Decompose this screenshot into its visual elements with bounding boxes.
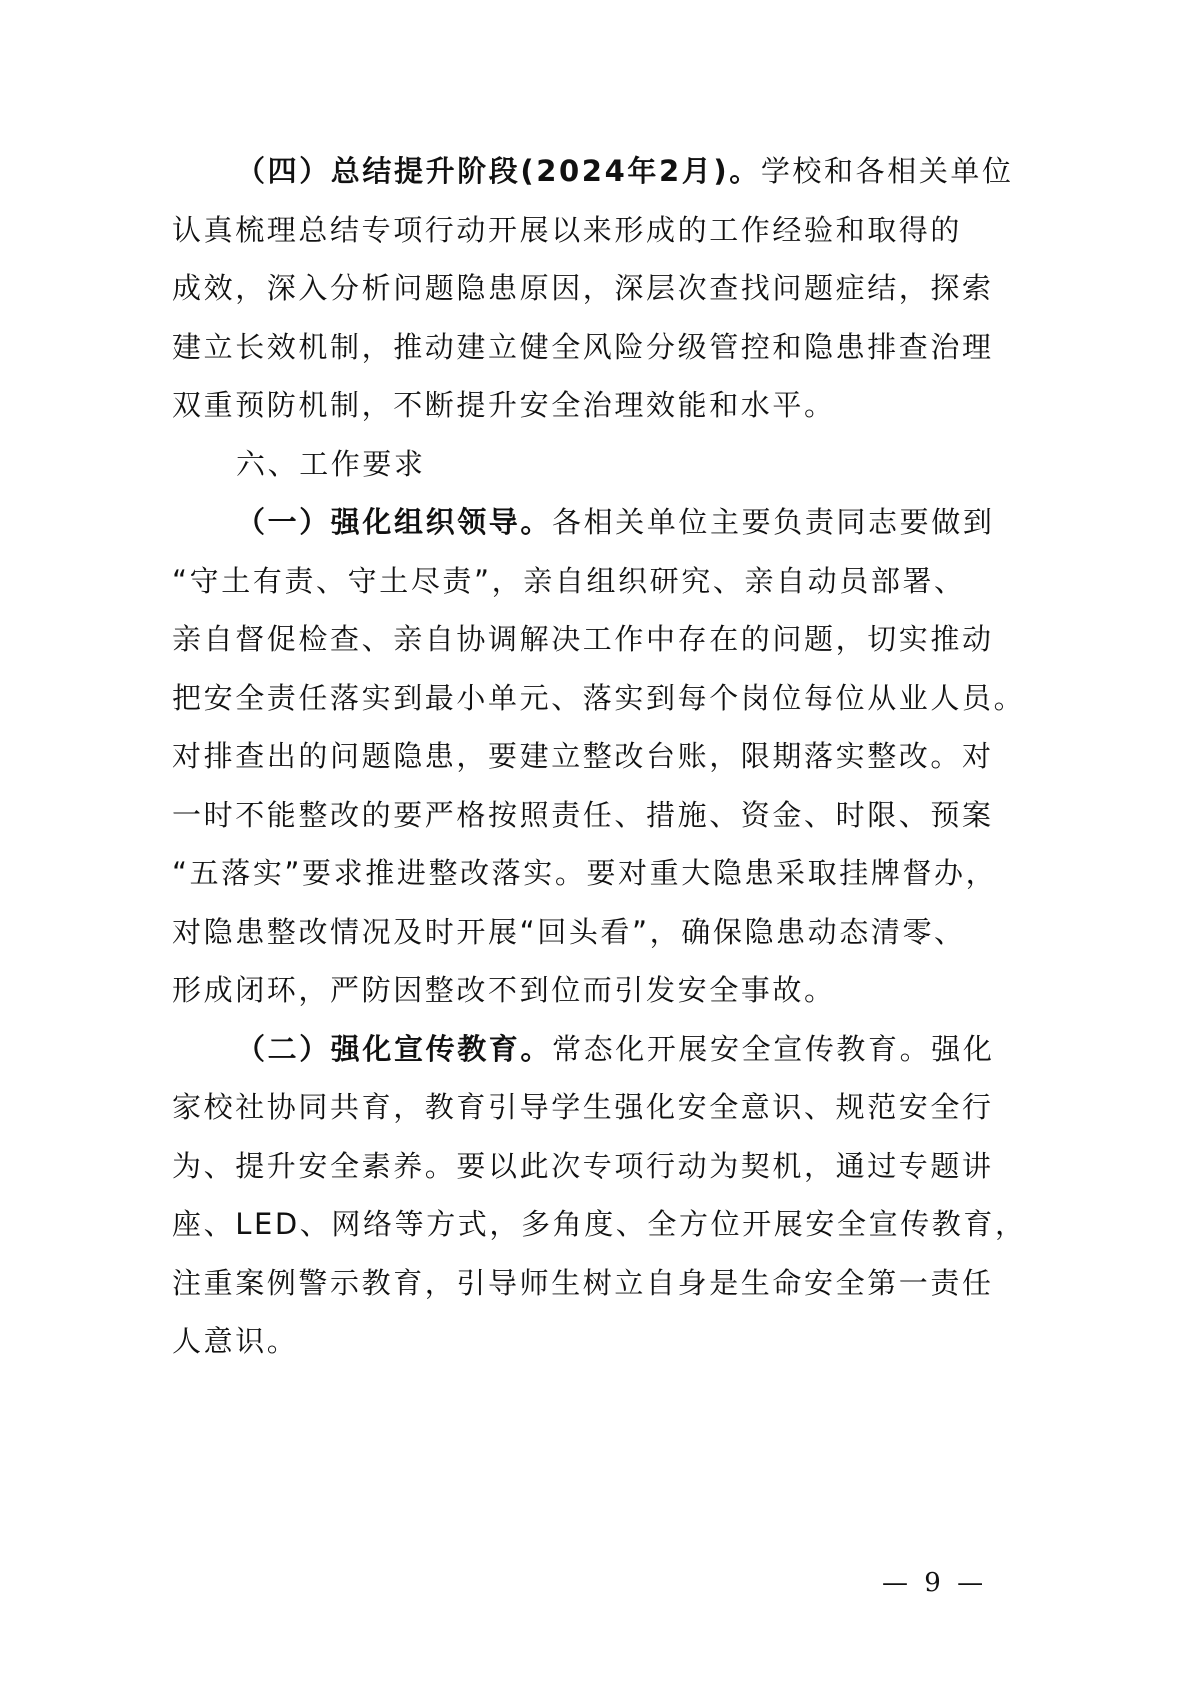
section6-heading: 六、工作要求 — [172, 435, 942, 494]
section4-line-4: 建立长效机制，推动建立健全风险分级管控和隐患排查治理 — [172, 318, 942, 377]
section4-line-1: （四）总结提升阶段(2024年2月)。学校和各相关单位 — [172, 142, 942, 201]
req1-line-7: “五落实”要求推进整改落实。要对重大隐患采取挂牌督办， — [172, 844, 942, 903]
req2-line-2: 家校社协同共育，教育引导学生强化安全意识、规范安全行 — [172, 1078, 942, 1137]
text: 学校和各相关单位 — [761, 154, 1014, 188]
text: 常态化开展安全宣传教育。强化 — [552, 1032, 994, 1066]
req1-line-2: “守土有责、守土尽责”，亲自组织研究、亲自动员部署、 — [172, 552, 942, 611]
section4-line-5: 双重预防机制，不断提升安全治理效能和水平。 — [172, 376, 942, 435]
req1-heading: （一）强化组织领导。 — [236, 505, 552, 539]
section4-line-3: 成效，深入分析问题隐患原因，深层次查找问题症结，探索 — [172, 259, 942, 318]
req2-heading: （二）强化宣传教育。 — [236, 1032, 552, 1066]
req1-line-4: 把安全责任落实到最小单元、落实到每个岗位每位从业人员。 — [172, 669, 942, 728]
req1-line-5: 对排查出的问题隐患，要建立整改台账，限期落实整改。对 — [172, 727, 942, 786]
req1-line-3: 亲自督促检查、亲自协调解决工作中存在的问题，切实推动 — [172, 610, 942, 669]
req1-line-8: 对隐患整改情况及时开展“回头看”，确保隐患动态清零、 — [172, 903, 942, 962]
req1-line-9: 形成闭环，严防因整改不到位而引发安全事故。 — [172, 961, 942, 1020]
req2-line-5: 注重案例警示教育，引导师生树立自身是生命安全第一责任 — [172, 1254, 942, 1313]
req2-line-3: 为、提升安全素养。要以此次专项行动为契机，通过专题讲 — [172, 1137, 942, 1196]
req2-line-1: （二）强化宣传教育。常态化开展安全宣传教育。强化 — [172, 1020, 942, 1079]
req1-line-6: 一时不能整改的要严格按照责任、措施、资金、时限、预案 — [172, 786, 942, 845]
text: 各相关单位主要负责同志要做到 — [552, 505, 994, 539]
section4-heading: （四）总结提升阶段(2024年2月)。 — [236, 154, 761, 188]
req1-line-1: （一）强化组织领导。各相关单位主要负责同志要做到 — [172, 493, 942, 552]
page-number: — 9 — — [882, 1568, 987, 1598]
req2-line-4: 座、LED、网络等方式，多角度、全方位开展安全宣传教育， — [172, 1195, 942, 1254]
section4-line-2: 认真梳理总结专项行动开展以来形成的工作经验和取得的 — [172, 201, 942, 260]
req2-line-6: 人意识。 — [172, 1312, 942, 1371]
document-page: （四）总结提升阶段(2024年2月)。学校和各相关单位 认真梳理总结专项行动开展… — [172, 142, 942, 1371]
